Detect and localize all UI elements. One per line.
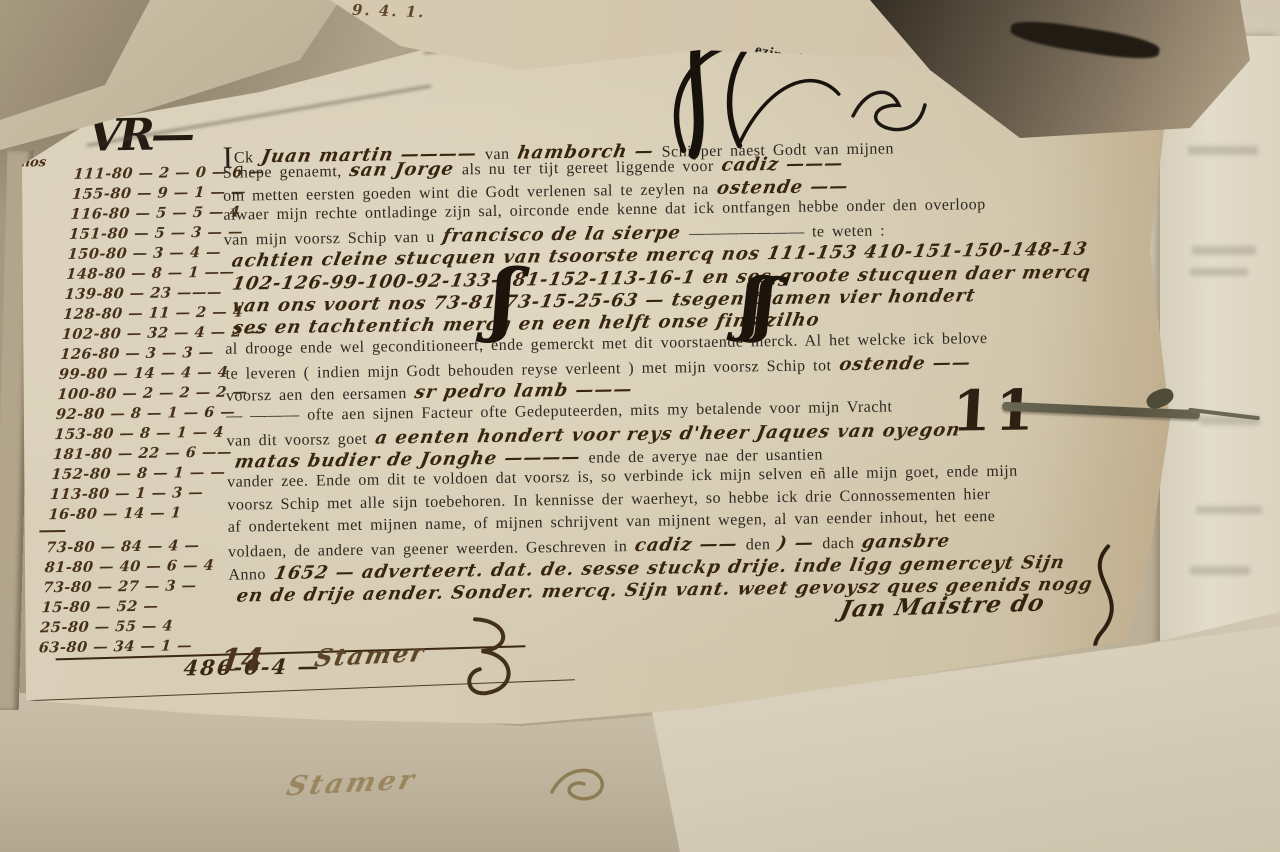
margin-row: 81-80 — 40 — 6 — 4 (44, 556, 225, 579)
printed-text: dach (822, 535, 854, 552)
printed-text: ——————— te weten : (689, 223, 885, 243)
paraph-flourish (453, 611, 529, 707)
handwritten-text: san Jorge (348, 159, 456, 182)
margin-row: 100-80 — 2 — 2 — 2 — (57, 383, 238, 406)
margin-row: 126-80 — 3 — 3 — (60, 342, 241, 365)
handwritten-text: francisco de la sierpe (441, 222, 683, 246)
margin-row: 139-80 — 23 ——— (64, 282, 245, 305)
ghost-text (1196, 506, 1262, 514)
margin-column: 111-80 — 2 — 0 — 6 —155-80 — 9 — 1 — —11… (38, 162, 254, 658)
margin-row: 25-80 — 55 — 4 (39, 616, 220, 639)
margin-row: 153-80 — 8 — 1 — 4 (54, 423, 235, 446)
margin-row: 148-80 — 8 — 1 —— (65, 262, 246, 285)
margin-row: 92-80 — 8 — 1 — 6 — (55, 403, 236, 426)
printed-text: den (746, 536, 771, 553)
printed-text: van mijn voorsz Schip van u (224, 229, 435, 249)
handwritten-text: gansbre (861, 531, 953, 553)
clerk-name: Stamer (312, 638, 428, 672)
underlayer-paraph (540, 758, 620, 813)
ghost-text (1190, 566, 1250, 575)
ink-blotch (1009, 16, 1161, 63)
ghost-text (1190, 268, 1248, 276)
photograph-of-archival-document: Stamer VR— nos 111-80 — 2 — 0 — 6 —155-8… (0, 0, 1280, 852)
margin-row: 128-80 — 11 — 2 — 4 (62, 302, 243, 325)
margin-row: 152-80 — 8 — 1 — — (51, 463, 232, 486)
printed-text: ende de averye nae der usantien (588, 447, 823, 467)
margin-row: 181-80 — 22 — 6 —— (52, 443, 233, 466)
margin-row: 16-80 — 14 — 1 (48, 503, 229, 526)
handwritten-text: cadiz —— (633, 534, 739, 556)
count-annotation: 14 (217, 642, 265, 679)
printed-text: van dit voorsz goet (226, 431, 367, 450)
printed-text: voorsz aen den eersamen (226, 385, 407, 405)
ghost-text (1192, 246, 1256, 255)
handwritten-text: sr pedro lamb ——— (413, 379, 634, 403)
margin-row: 113-80 — 1 — 3 — (49, 483, 230, 506)
ink-flourish: ʃ (489, 250, 519, 345)
ghost-text (1188, 146, 1258, 155)
margin-row: 15-80 — 52 — (41, 596, 222, 619)
skipper-signature: Jan Maistre do (838, 589, 1048, 622)
handwritten-text: ostende —— (838, 352, 973, 375)
margin-row: 73-80 — 27 — 3 — (42, 576, 223, 599)
handwritten-text: hamborch — (516, 141, 656, 164)
printed-text: Anno (228, 566, 266, 584)
handwritten-text: ) — (777, 533, 817, 555)
margin-row: 102-80 — 32 — 4 — 2 — (61, 322, 242, 345)
margin-row: 99-80 — 14 — 4 — 4 (58, 363, 239, 386)
handwritten-text: ostende —— (715, 176, 850, 199)
handwritten-text: matas budier de Jonghe ———— (233, 447, 582, 473)
doc-body: ICkJuan martin ————vanhamborch —Schipper… (222, 127, 1158, 608)
corner-notation: 9. 4. 1. (352, 1, 426, 22)
margin-row: 73-80 — 84 — 4 — (45, 536, 226, 559)
margin-row: 150-80 — 3 — 4 — (67, 242, 248, 265)
